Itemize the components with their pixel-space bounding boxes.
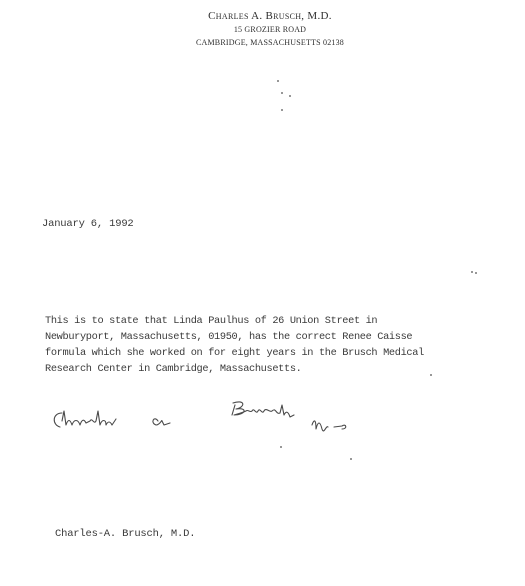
scan-speck	[475, 272, 477, 274]
letterhead: Charles A. Brusch, M.D. 15 Grozier Road …	[140, 10, 400, 49]
scan-speck	[350, 458, 352, 460]
scan-speck	[277, 80, 279, 82]
scan-speck	[280, 446, 282, 448]
letter-body: This is to state that Linda Paulhus of 2…	[45, 313, 505, 377]
letter-date: January 6, 1992	[42, 218, 134, 230]
letterhead-name: Charles A. Brusch, M.D.	[140, 10, 400, 23]
scan-speck	[281, 92, 283, 94]
scan-speck	[430, 374, 432, 376]
body-line: Newburyport, Massachusetts, 01950, has t…	[45, 329, 505, 345]
scan-speck	[471, 271, 473, 273]
letterhead-street: 15 Grozier Road	[140, 23, 400, 36]
letterhead-city: Cambridge, Massachusetts 02138	[140, 36, 400, 49]
scan-speck	[289, 95, 291, 97]
handwritten-signature	[50, 385, 410, 445]
typed-signature-name: Charles-A. Brusch, M.D.	[55, 528, 195, 540]
body-line: This is to state that Linda Paulhus of 2…	[45, 313, 505, 329]
body-line: Research Center in Cambridge, Massachuse…	[45, 361, 505, 377]
scan-speck	[281, 109, 283, 111]
body-line: formula which she worked on for eight ye…	[45, 345, 505, 361]
